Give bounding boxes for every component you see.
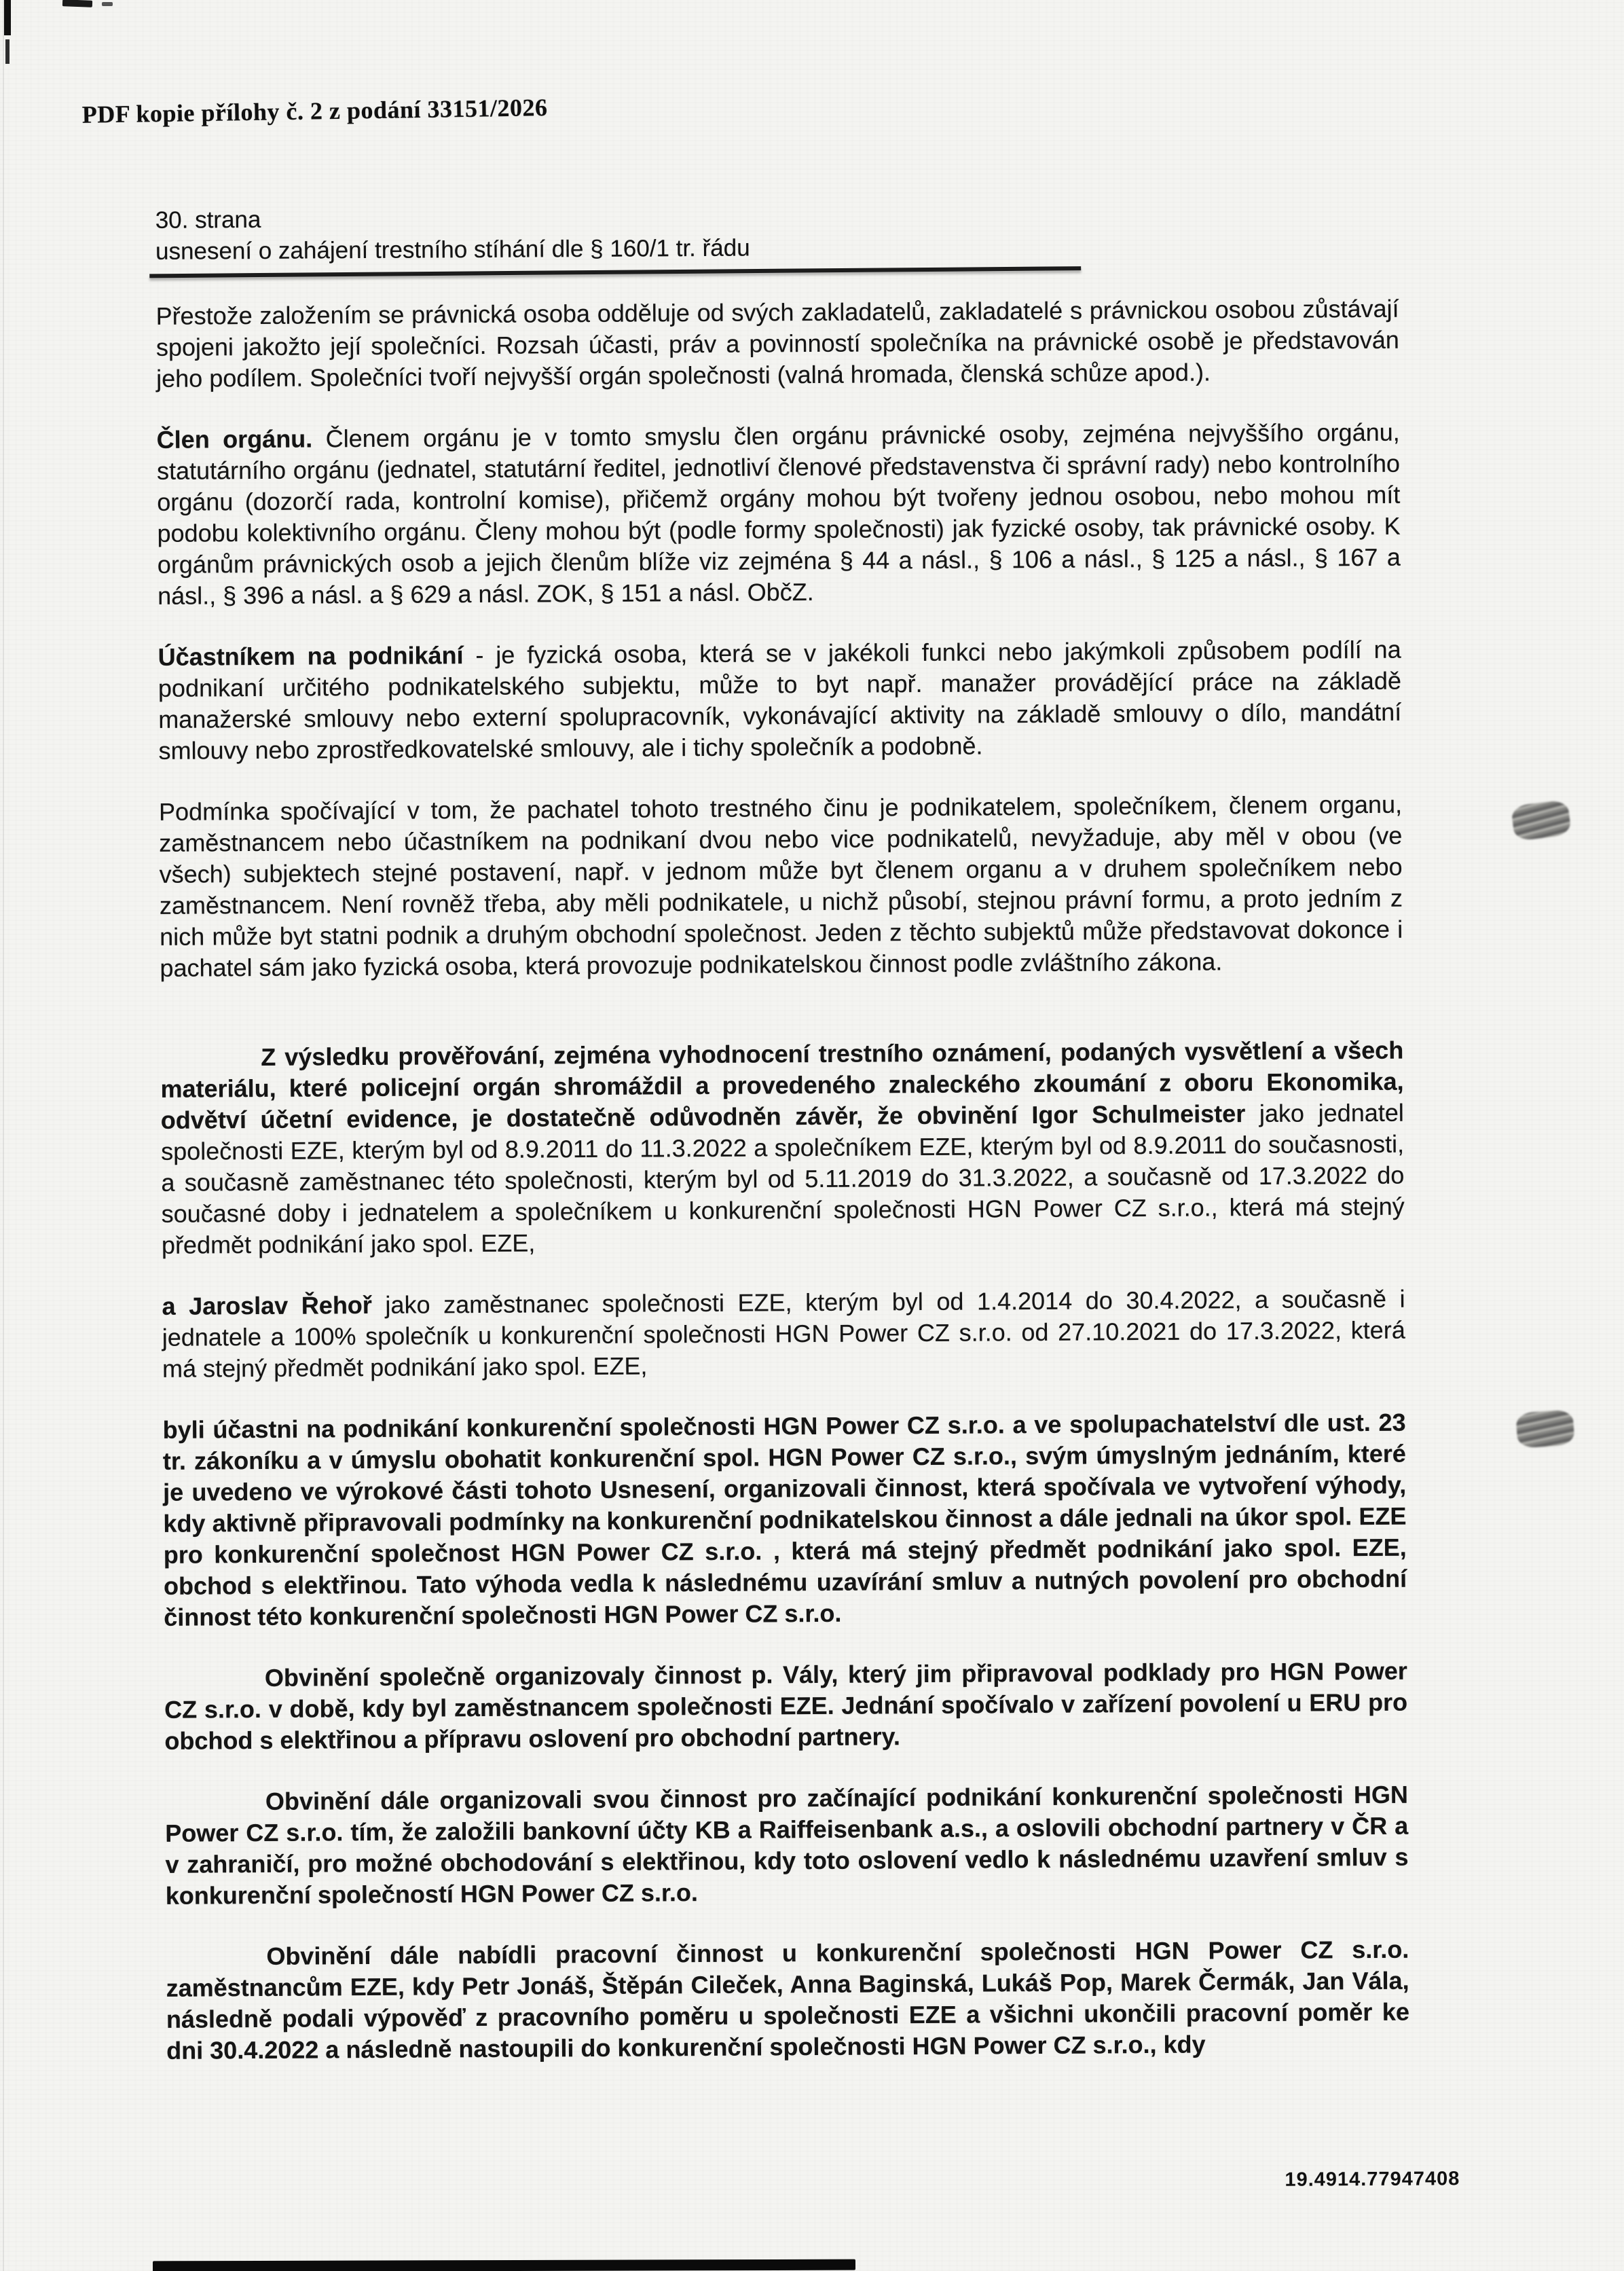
paragraph-clen-organu: Člen orgánu. Členem orgánu je v tomto sm… [157, 417, 1401, 612]
paragraph-podminka: Podmínka spočívající v tom, že pachatel … [159, 789, 1403, 984]
paragraph-z-vysledku-proverovani: Z výsledku prověřování, zejména vyhodnoc… [160, 1035, 1405, 1261]
text-run-bold: a Jaroslav Řehoř [162, 1291, 372, 1320]
text-run: Přestože založením se právnická osoba od… [155, 295, 1399, 393]
text-run-bold: Člen orgánu. [157, 424, 313, 453]
text-run: Členem orgánu je v tomto smyslu člen org… [157, 418, 1401, 610]
heading-underline [149, 266, 1081, 278]
document-sheet: PDF kopie přílohy č. 2 z podání 33151/20… [0, 0, 1624, 2271]
document-heading: 30. strana usnesení o zahájení trestního… [155, 198, 1310, 276]
scanned-document-page: { "document": { "stamp_header": "PDF kop… [0, 0, 1624, 2271]
footer-reference-number: 19.4914.77947408 [1285, 2168, 1460, 2192]
paragraph-legal-note-1: Přestože založením se právnická osoba od… [155, 293, 1399, 395]
paragraph-obvineni-dale-organizovali: Obvinění dále organizovali svou činnost … [165, 1779, 1409, 1912]
paragraph-jaroslav-rehor: a Jaroslav Řehoř jako zaměstnanec společ… [162, 1284, 1405, 1385]
text-run-bold: Účastníkem na podnikání [158, 641, 464, 671]
paragraph-byli-ucastni: byli účastni na podnikání konkurenční sp… [162, 1407, 1407, 1633]
body-text-column: Přestože založením se právnická osoba od… [155, 293, 1409, 2096]
pdf-copy-stamp: PDF kopie přílohy č. 2 z podání 33151/20… [81, 93, 547, 129]
text-run-bold: byli účastni na podnikání konkurenční sp… [163, 1409, 1407, 1631]
text-run: Podmínka spočívající v tom, že pachatel … [159, 791, 1403, 982]
paragraph-obvineni-spolecne: Obvinění společně organizovaly činnost p… [164, 1656, 1408, 1757]
text-run-bold: Z výsledku prověřování, zejména vyhodnoc… [160, 1036, 1403, 1134]
text-run-bold: Obvinění dále organizovali svou činnost … [165, 1781, 1408, 1910]
paragraph-ucastnik-na-podnikani: Účastníkem na podnikání - je fyzická oso… [158, 634, 1402, 767]
paragraph-obvineni-dale-nabidli: Obvinění dále nabídli pracovní činnost u… [166, 1934, 1409, 2067]
resolution-title-line: usnesení o zahájení trestního stíhání dl… [155, 229, 1310, 267]
text-run-bold: Obvinění společně organizovaly činnost p… [164, 1657, 1407, 1755]
text-run-bold: Obvinění dále nabídli pracovní činnost u… [166, 1936, 1409, 2065]
